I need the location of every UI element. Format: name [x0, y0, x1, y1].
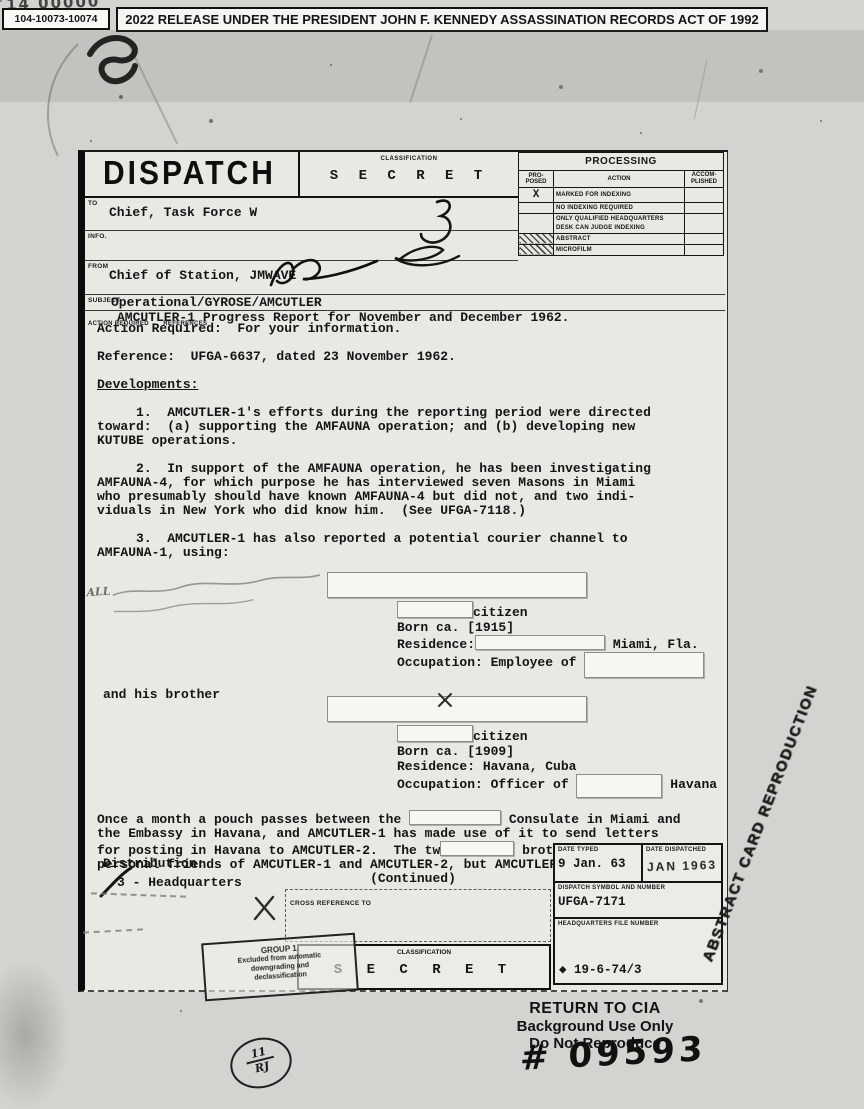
- redaction-box: [327, 572, 587, 598]
- processing-title: PROCESSING: [519, 153, 724, 171]
- classification-value: S E C R E T: [300, 168, 518, 184]
- accomplished-cell: [685, 203, 724, 214]
- citizenship-1: citizen: [473, 605, 528, 620]
- pouch-text: Once a month a pouch passes between the: [97, 812, 409, 827]
- form-title-cell: DISPATCH: [85, 152, 300, 198]
- scan-specks: [0, 0, 2, 2]
- paragraph-2: 2. In support of the AMFAUNA operation, …: [97, 462, 729, 518]
- diamond-mark: ◆: [559, 963, 567, 977]
- date-dispatched-cell: DATE DISPATCHED JAN 1963: [641, 843, 723, 883]
- citizenship-2: citizen: [473, 729, 528, 744]
- scanned-document-page: 14 00000 104-10073-10074 2022 RELEASE UN…: [0, 0, 864, 1109]
- proposed-hatched-cell: [519, 244, 554, 255]
- redaction-box: [584, 652, 704, 678]
- reviewer-initials-circle: 11 RJ: [225, 1031, 297, 1095]
- date-typed-value: 9 Jan. 63: [558, 857, 638, 871]
- developments-heading: Developments:: [97, 377, 198, 392]
- classification-cell: CLASSIFICATION S E C R E T: [300, 152, 518, 198]
- to-label: TO: [88, 200, 98, 207]
- subject-line1: Operational/GYROSE/AMCUTLER: [111, 295, 322, 310]
- processing-action: MICROFILM: [554, 244, 685, 255]
- margin-note-text: ALL: [86, 585, 111, 600]
- scan-smudge: [0, 960, 70, 1109]
- redaction-box: [576, 774, 662, 798]
- record-number-box: 104-10073-10074: [2, 8, 110, 30]
- proposed-mark: [519, 214, 554, 233]
- occupation-line-1: Occupation: Employee of: [397, 655, 576, 670]
- handwritten-document-number: # 09593: [520, 1029, 707, 1079]
- pencil-dash-line: [83, 928, 143, 933]
- to-value: Chief, Task Force W: [109, 205, 257, 220]
- group1-stamp: GROUP 1 Excluded from automatic downgrad…: [201, 933, 359, 1002]
- date-dispatched-stamp: JAN 1963: [647, 858, 717, 874]
- accomplished-cell: [685, 214, 724, 233]
- processing-table: PROCESSING PRO-POSED ACTION ACCOM-PLISHE…: [518, 152, 724, 256]
- hq-file-number: 19-6-74/3: [574, 963, 642, 977]
- dispatch-symbol-cell: DISPATCH SYMBOL AND NUMBER UFGA-7171: [553, 881, 723, 919]
- paragraph-3: 3. AMCUTLER-1 has also reported a potent…: [97, 532, 729, 560]
- dispatch-symbol-value: UFGA-7171: [558, 895, 718, 909]
- residence-city-1: Miami, Fla.: [613, 637, 699, 652]
- dispatch-form: DISPATCH CLASSIFICATION S E C R E T PROC…: [78, 150, 728, 992]
- accomplished-cell: [685, 233, 724, 244]
- date-typed-cell: DATE TYPED 9 Jan. 63: [553, 843, 643, 883]
- accomplished-cell: [685, 188, 724, 203]
- handwritten-flourish: [385, 196, 475, 278]
- redaction-box: [397, 725, 473, 742]
- info-label: INFO.: [88, 233, 107, 240]
- redaction-box: [440, 841, 514, 856]
- distribution-block: Distribution: 3 - Headquarters: [103, 856, 242, 891]
- cross-reference-label: CROSS REFERENCE TO: [290, 900, 371, 907]
- proposed-hatched-cell: [519, 233, 554, 244]
- col-accomplished: ACCOM-PLISHED: [685, 171, 724, 188]
- processing-action: ONLY QUALIFIED HEADQUARTERS DESK CAN JUD…: [554, 214, 685, 233]
- paragraph-1: 1. AMCUTLER-1's efforts during the repor…: [97, 406, 729, 448]
- born-line-1: Born ca. [1915]: [397, 620, 729, 635]
- occupation-line-2: Occupation: Officer of: [397, 777, 569, 792]
- accomplished-cell: [685, 244, 724, 255]
- redaction-box: [327, 696, 587, 722]
- person-profile-2: citizen Born ca. [1909] Residence: Havan…: [397, 696, 729, 798]
- processing-action: MARKED FOR INDEXING: [554, 188, 685, 203]
- processing-action: ABSTRACT: [554, 233, 685, 244]
- release-banner: 2022 RELEASE UNDER THE PRESIDENT JOHN F.…: [116, 7, 768, 32]
- residence-label-1: Residence:: [397, 637, 475, 652]
- born-line-2: Born ca. [1909]: [397, 744, 729, 759]
- dispatch-symbol-label: DISPATCH SYMBOL AND NUMBER: [558, 885, 718, 891]
- pencil-arc: [18, 40, 88, 160]
- handwritten-signature: [263, 253, 383, 293]
- reference-line: Reference: UFGA-6637, dated 23 November …: [97, 350, 729, 364]
- classification-label: CLASSIFICATION: [300, 156, 518, 162]
- col-proposed: PRO-POSED: [519, 171, 554, 188]
- proposed-mark: X: [519, 188, 554, 203]
- processing-action: NO INDEXING REQUIRED: [554, 203, 685, 214]
- person-profile-1: citizen Born ca. [1915] Residence: Miami…: [397, 572, 729, 678]
- col-action: ACTION: [554, 171, 685, 188]
- return-stamp-line: RETURN TO CIA: [470, 1000, 720, 1018]
- occupation-city-2: Havana: [670, 777, 717, 792]
- proposed-mark: [519, 203, 554, 214]
- redaction-box: [397, 601, 473, 618]
- hq-file-value: ◆ 19-6-74/3: [559, 961, 642, 977]
- redaction-box: [409, 810, 501, 825]
- handwritten-x-mark: [253, 894, 277, 922]
- date-dispatched-label: DATE DISPATCHED: [646, 847, 718, 853]
- redaction-box: [475, 635, 605, 650]
- form-title: DISPATCH: [103, 155, 276, 193]
- ink-scribble: [80, 32, 150, 102]
- residence-line-2: Residence: Havana, Cuba: [397, 759, 729, 774]
- action-required-line: Action Required: For your information.: [97, 322, 729, 336]
- hq-file-label: HEADQUARTERS FILE NUMBER: [558, 921, 718, 927]
- from-label: FROM: [88, 263, 108, 270]
- date-typed-label: DATE TYPED: [558, 847, 638, 853]
